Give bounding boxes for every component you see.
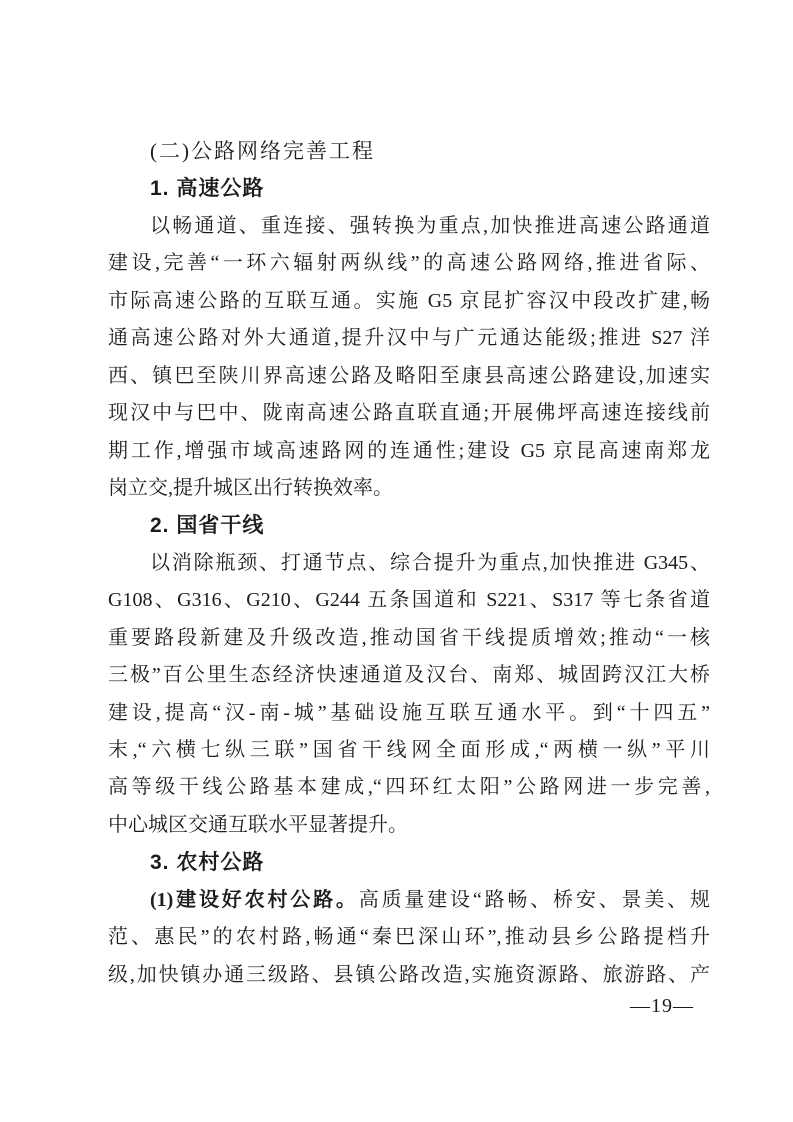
document-page: (二)公路网络完善工程1. 高速公路以畅通道、重连接、强转换为重点,加快推进高速… [0, 0, 793, 1122]
text-line: 三极”百公里生态经济快速通道及汉台、南郑、城固跨汉江大桥 [108, 657, 710, 694]
document-body: (二)公路网络完善工程1. 高速公路以畅通道、重连接、强转换为重点,加快推进高速… [108, 133, 710, 994]
text-line: 市际高速公路的互联互通。实施 G5 京昆扩容汉中段改扩建,畅 [108, 283, 710, 320]
text-line: 建设,完善“一环六辐射两纵线”的高速公路网络,推进省际、 [108, 245, 710, 282]
text-line: 现汉中与巴中、陇南高速公路直联直通;开展佛坪高速连接线前 [108, 395, 710, 432]
text-line: 末,“六横七纵三联”国省干线网全面形成,“两横一纵”平川 [108, 732, 710, 769]
text-line: 级,加快镇办通三级路、县镇公路改造,实施资源路、旅游路、产 [108, 957, 710, 994]
text-line: 岗立交,提升城区出行转换效率。 [108, 470, 710, 507]
text-line: 中心城区交通互联水平显著提升。 [108, 807, 710, 844]
numbered-heading: 1. 高速公路 [108, 170, 710, 207]
numbered-heading: 2. 国省干线 [108, 507, 710, 544]
text-line: 高等级干线公路基本建成,“四环红太阳”公路网进一步完善, [108, 769, 710, 806]
text-line: 以畅通道、重连接、强转换为重点,加快推进高速公路通道 [108, 208, 710, 245]
text-line: 建设,提高“汉-南-城”基础设施互联互通水平。到“十四五” [108, 695, 710, 732]
text-line: 西、镇巴至陕川界高速公路及略阳至康县高速公路建设,加速实 [108, 358, 710, 395]
text-line: 通高速公路对外大通道,提升汉中与广元通达能级;推进 S27 洋 [108, 320, 710, 357]
bold-lead-text: (1)建设好农村公路。 [150, 889, 359, 911]
text-line: 期工作,增强市域高速路网的连通性;建设 G5 京昆高速南郑龙 [108, 433, 710, 470]
numbered-heading: 3. 农村公路 [108, 844, 710, 881]
text-line: 重要路段新建及升级改造,推动国省干线提质增效;推动“一核 [108, 620, 710, 657]
section-heading: (二)公路网络完善工程 [108, 133, 710, 170]
page-number: —19— [630, 995, 694, 1018]
text-line: G108、G316、G210、G244 五条国道和 S221、S317 等七条省… [108, 582, 710, 619]
text-line: 以消除瓶颈、打通节点、综合提升为重点,加快推进 G345、 [108, 545, 710, 582]
text-line: (1)建设好农村公路。高质量建设“路畅、桥安、景美、规 [108, 882, 710, 919]
text-line: 范、惠民”的农村路,畅通“秦巴深山环”,推动县乡公路提档升 [108, 919, 710, 956]
